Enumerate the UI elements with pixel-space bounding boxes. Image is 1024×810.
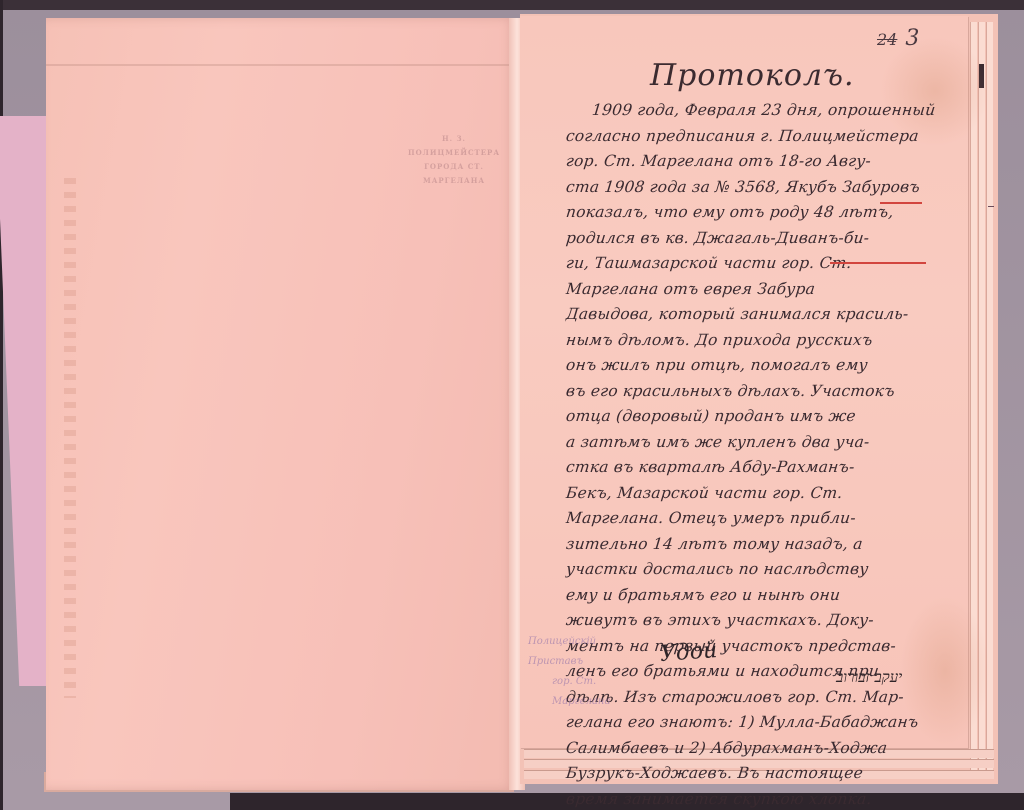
bleed-line-3: ГОРОДА СТ. МАРГЕЛАНА xyxy=(404,160,504,188)
body-line: Салимбаевъ и 2) Абдурахманъ-Ходжа xyxy=(565,736,976,762)
body-line: Бекъ, Мазарской части гор. Ст. xyxy=(565,481,976,507)
body-line: живутъ въ этихъ участкахъ. Доку- xyxy=(565,608,976,634)
bleed-line-2: ПОЛИЦМЕЙСТЕРА xyxy=(404,146,504,160)
bleed-through-header: Н. З. ПОЛИЦМЕЙСТЕРА ГОРОДА СТ. МАРГЕЛАНА xyxy=(404,132,504,188)
margin-tick xyxy=(988,206,994,207)
body-line: Давыдова, который занимался красиль- xyxy=(565,302,976,328)
body-line: ему и братьямъ его и нынѣ они xyxy=(565,583,976,609)
official-signature: Удой xyxy=(659,638,718,667)
body-line: Бузрукъ-Ходжаевъ. Въ настоящее xyxy=(565,761,976,787)
red-underline-name xyxy=(830,262,926,264)
police-stamp: Полицейскій Приставъ гор. Ст. Маргелана xyxy=(528,632,648,712)
bleed-line-1: Н. З. xyxy=(404,132,504,146)
scanner-top-border xyxy=(0,0,1024,10)
folio-number-struck: 24 xyxy=(877,30,897,49)
body-line: гелана его знаютъ: 1) Мулла-Бабаджанъ xyxy=(565,710,976,736)
stamp-line-2: гор. Ст. Маргелана xyxy=(528,672,648,712)
body-line: время занимается скупкою хлопка. xyxy=(565,787,976,810)
body-line: участки достались по наслѣдству xyxy=(565,557,976,583)
body-line: въ его красильныхъ дѣлахъ. Участокъ xyxy=(565,379,976,405)
body-line: а затѣмъ имъ же купленъ два уча- xyxy=(565,430,976,456)
body-line: родился въ кв. Джагаль-Диванъ-би- xyxy=(565,226,976,252)
body-line: отца (дворовый) проданъ имъ же xyxy=(565,404,976,430)
body-line: Маргелана. Отецъ умеръ прибли- xyxy=(565,506,976,532)
document-title: Протоколъ. xyxy=(650,58,855,93)
deponent-signature-hebrew: יעקב זבורוב xyxy=(836,668,902,687)
folio-number-current: 3 xyxy=(905,26,919,51)
body-line: нымъ дѣломъ. До прихода русскихъ xyxy=(565,328,976,354)
body-line: согласно предписания г. Полицмейстера xyxy=(565,124,976,150)
left-page-fold xyxy=(46,64,516,66)
left-page-water-stain xyxy=(64,178,76,698)
body-line: 1909 года, Февраля 23 дня, опрошенный xyxy=(565,98,976,124)
body-line: онъ жилъ при отцѣ, помогалъ ему xyxy=(565,353,976,379)
body-line: стка въ кварталѣ Абду-Рахманъ- xyxy=(565,455,976,481)
red-underline-age xyxy=(880,202,922,204)
body-line: ста 1908 года за № 3568, Якубъ Забуровъ xyxy=(565,175,976,201)
stamp-line-1: Полицейскій Приставъ xyxy=(528,632,648,672)
body-line: зительно 14 лѣтъ тому назадъ, а xyxy=(565,532,976,558)
body-line: Маргелана отъ еврея Забура xyxy=(565,277,976,303)
body-line: гор. Ст. Маргелана отъ 18-го Авгу- xyxy=(565,149,976,175)
folio-number: 243 xyxy=(877,26,919,51)
